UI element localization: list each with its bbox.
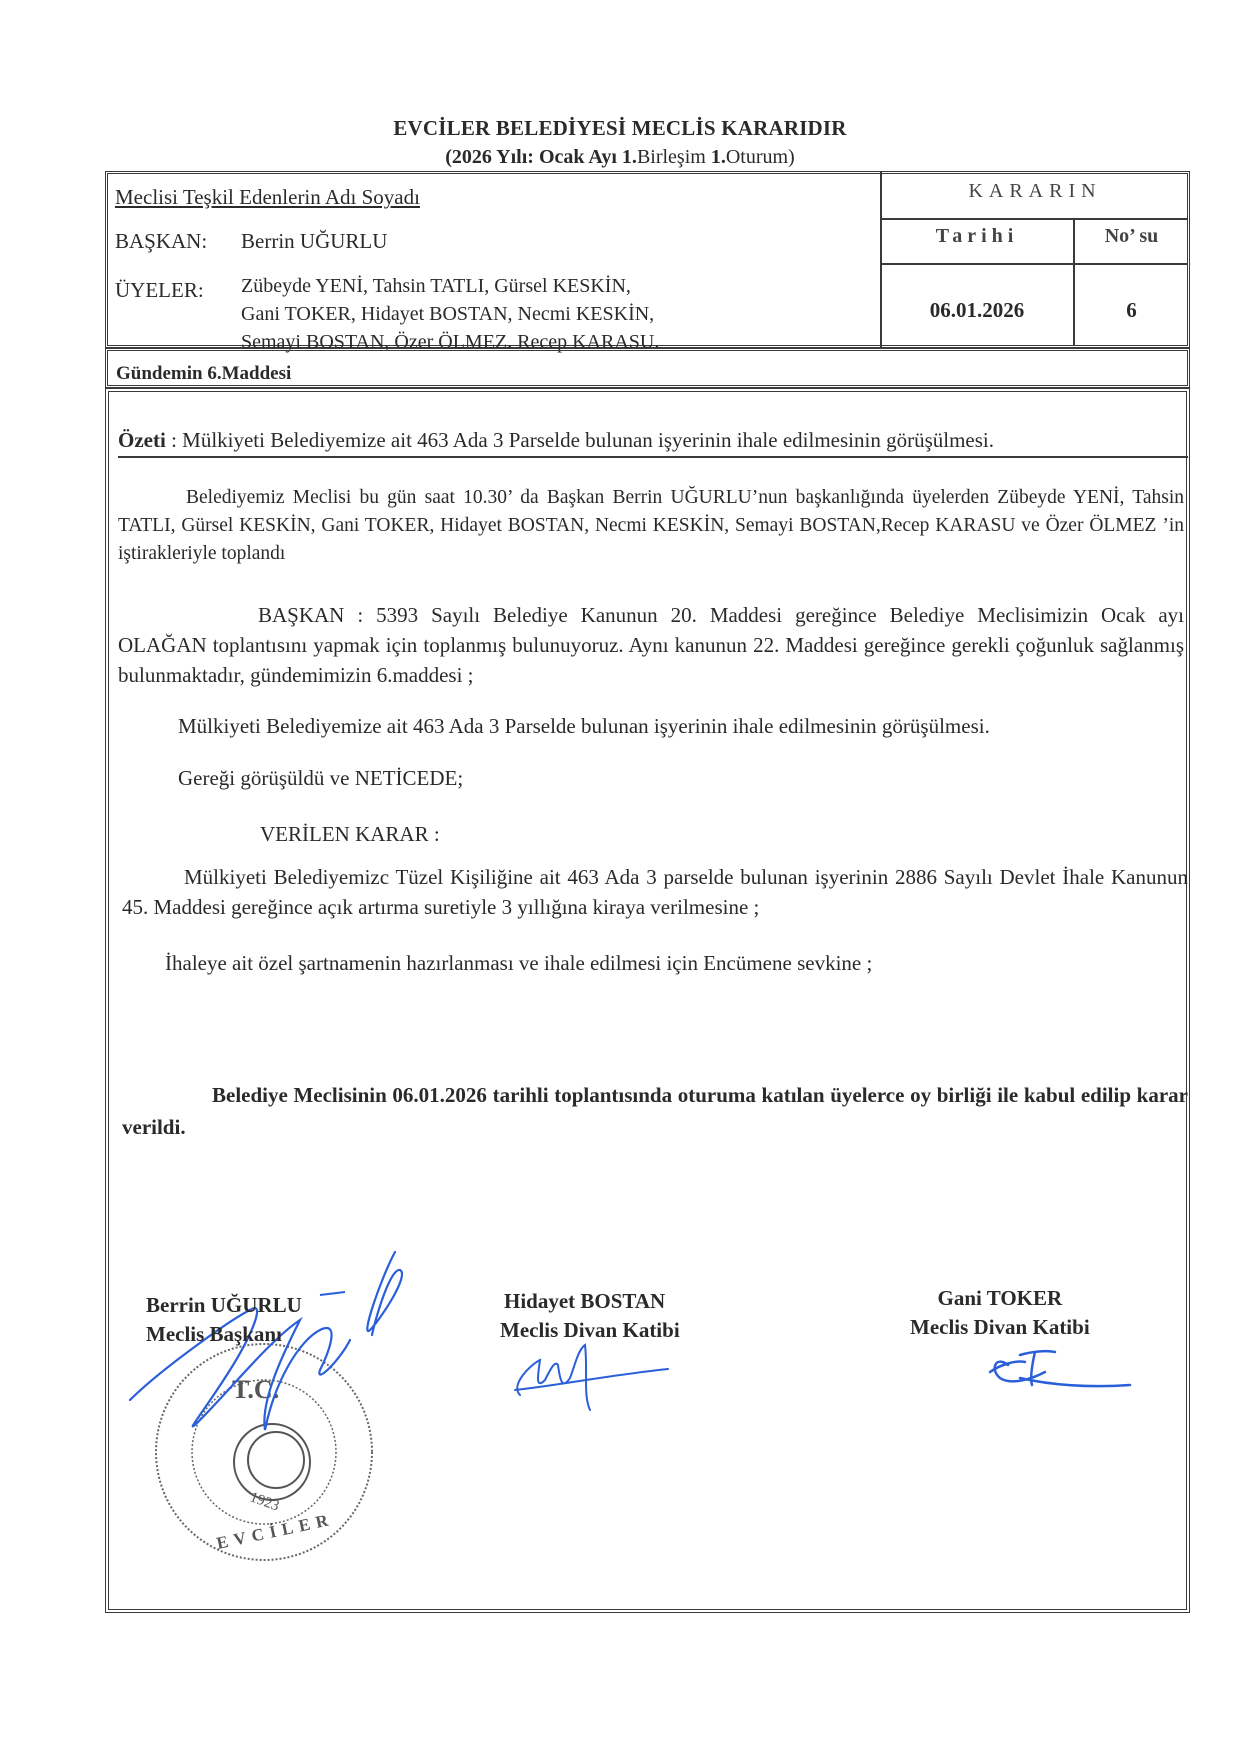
signer-name: Hidayet BOSTAN [500,1287,680,1316]
signer-name: Berrin UĞURLU [146,1291,302,1320]
signature-block-baskan: Berrin UĞURLU Meclis Başkanı [146,1291,302,1349]
signature-block-divan-katibi-1: Hidayet BOSTAN Meclis Divan Katibi [500,1287,680,1345]
signature-divan-katibi-2-icon [990,1351,1130,1386]
signature-divan-katibi-1-icon [515,1345,668,1410]
signer-title: Meclis Başkanı [146,1320,302,1349]
signer-title: Meclis Divan Katibi [500,1316,680,1345]
signature-block-divan-katibi-2: Gani TOKER Meclis Divan Katibi [910,1284,1090,1342]
signer-title: Meclis Divan Katibi [910,1313,1090,1342]
stamp-year: 1923 [248,1489,282,1514]
signer-name: Gani TOKER [910,1284,1090,1313]
signatures-and-stamp-graphics: T.C. 1923 EVCİLER [0,0,1240,1754]
